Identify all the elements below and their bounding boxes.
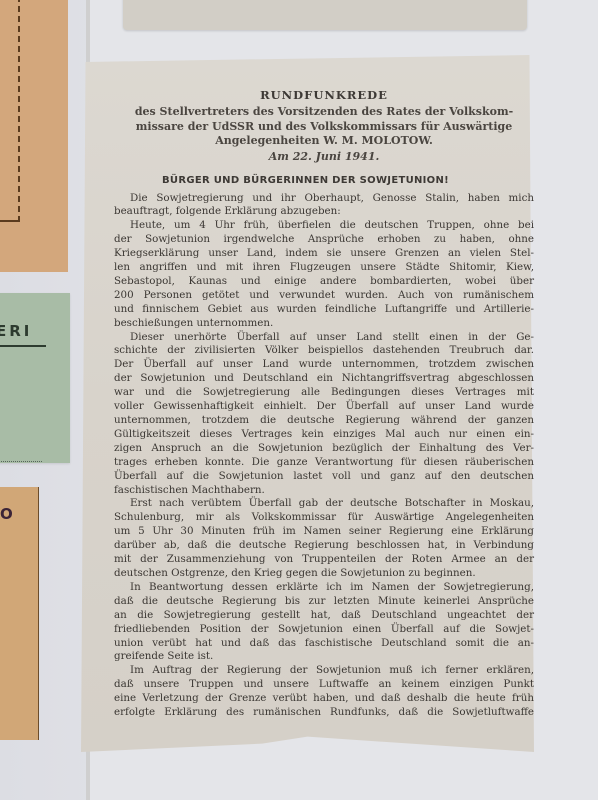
document-body: Die Sowjetregierung und ihr Oberhaupt, G…	[114, 192, 534, 720]
body-line: schichte der zivilisierten Völker beispi…	[114, 344, 534, 358]
body-line: daß die deutsche Regierung bis zur letzt…	[114, 595, 534, 609]
tan-card-bottom: O	[0, 487, 39, 740]
body-line: Schulenburg, mir als Volkskommissar für …	[114, 511, 534, 525]
body-line: darüber ab, daß die deutsche Regierung b…	[114, 539, 534, 553]
body-line: beauftragt, folgende Erklärung abzugeben…	[114, 205, 534, 219]
tan-card-top	[0, 0, 68, 272]
top-document-edge	[123, 0, 527, 30]
body-line: daß unsere Truppen und unsere Luftwaffe …	[114, 678, 534, 692]
body-line: Im Auftrag der Regierung der Sowjetunion…	[114, 664, 534, 678]
body-line: Heute, um 4 Uhr früh, überfielen die deu…	[114, 219, 534, 233]
green-card-rule	[0, 345, 46, 347]
subtitle-line: missare der UdSSR und des Volkskommissar…	[136, 120, 512, 133]
body-line: mit der Zusammenziehung von Truppenteile…	[114, 553, 534, 567]
document-content: RUNDFUNKREDE des Stellvertreters des Vor…	[106, 88, 542, 720]
body-line: trages erheben konnte. Die ganze Verantw…	[114, 456, 534, 470]
body-line: faschistischen Machthabern.	[114, 484, 534, 498]
body-line: union verübt hat und daß das faschistisc…	[114, 637, 534, 651]
body-line: Kriegserklärung unser Land, indem sie un…	[114, 247, 534, 261]
dashed-border	[14, 0, 20, 222]
body-line: beschießungen unternommen.	[114, 317, 534, 331]
body-line: und finnischem Gebiet aus wurden feindli…	[114, 303, 534, 317]
body-line: eine Verletzung der Grenze verübt haben,…	[114, 692, 534, 706]
green-card: ERI	[0, 293, 70, 463]
body-line: der Sowjetunion irgendwelche Ansprüche e…	[114, 233, 534, 247]
body-line: Sebastopol, Kaunas und einige andere bom…	[114, 275, 534, 289]
body-line: voller Gewissenhaftigkeit einhielt. Der …	[114, 400, 534, 414]
body-line: len angriffen und mit ihren Flugzeugen u…	[114, 261, 534, 275]
body-line: erfolgte Erklärung des rumänischen Rundf…	[114, 706, 534, 720]
body-line: Der Überfall auf unser Land wurde untern…	[114, 358, 534, 372]
green-card-dotted-line	[0, 461, 42, 462]
body-line: an die Sowjetregierung gestellt hat, daß…	[114, 609, 534, 623]
body-line: In Beantwortung dessen erklärte ich im N…	[114, 581, 534, 595]
border-corner	[0, 220, 18, 222]
body-line: war und die Sowjetregierung alle Bedingu…	[114, 386, 534, 400]
subtitle-line: des Stellvertreters des Vorsitzenden des…	[135, 105, 513, 118]
body-line: Überfall auf die Sowjetunion lastet voll…	[114, 470, 534, 484]
body-line: um 5 Uhr 30 Minuten früh im Namen seiner…	[114, 525, 534, 539]
tan-card-label: O	[0, 505, 13, 523]
document-subtitle: des Stellvertreters des Vorsitzenden des…	[106, 105, 542, 149]
body-line: unternommen, trotzdem die deutsche Regie…	[114, 414, 534, 428]
body-line: Erst nach verübtem Überfall gab der deut…	[114, 497, 534, 511]
body-line: greifende Seite ist.	[114, 650, 534, 664]
green-card-label: ERI	[0, 322, 32, 340]
salutation: BÜRGER UND BÜRGERINNEN DER SOWJETUNION!	[162, 175, 542, 186]
document-title: RUNDFUNKREDE	[106, 88, 542, 102]
body-line: friedliebenden Position der Sowjetunion …	[114, 623, 534, 637]
body-line: 200 Personen getötet und verwundet wurde…	[114, 289, 534, 303]
body-line: Gültigkeitszeit dieses Vertrages kein ei…	[114, 428, 534, 442]
document-date: Am 22. Juni 1941.	[106, 150, 542, 163]
body-line: der Sowjetunion und Deutschland ein Nich…	[114, 372, 534, 386]
body-line: Dieser unerhörte Überfall auf unser Land…	[114, 331, 534, 345]
body-line: Die Sowjetregierung und ihr Oberhaupt, G…	[114, 192, 534, 206]
body-line: zigen Anspruch an die Sowjetunion bezügl…	[114, 442, 534, 456]
subtitle-line: Angelegenheiten W. M. MOLOTOW.	[215, 134, 433, 147]
body-line: deutschen Ostgrenze, den Krieg gegen die…	[114, 567, 534, 581]
